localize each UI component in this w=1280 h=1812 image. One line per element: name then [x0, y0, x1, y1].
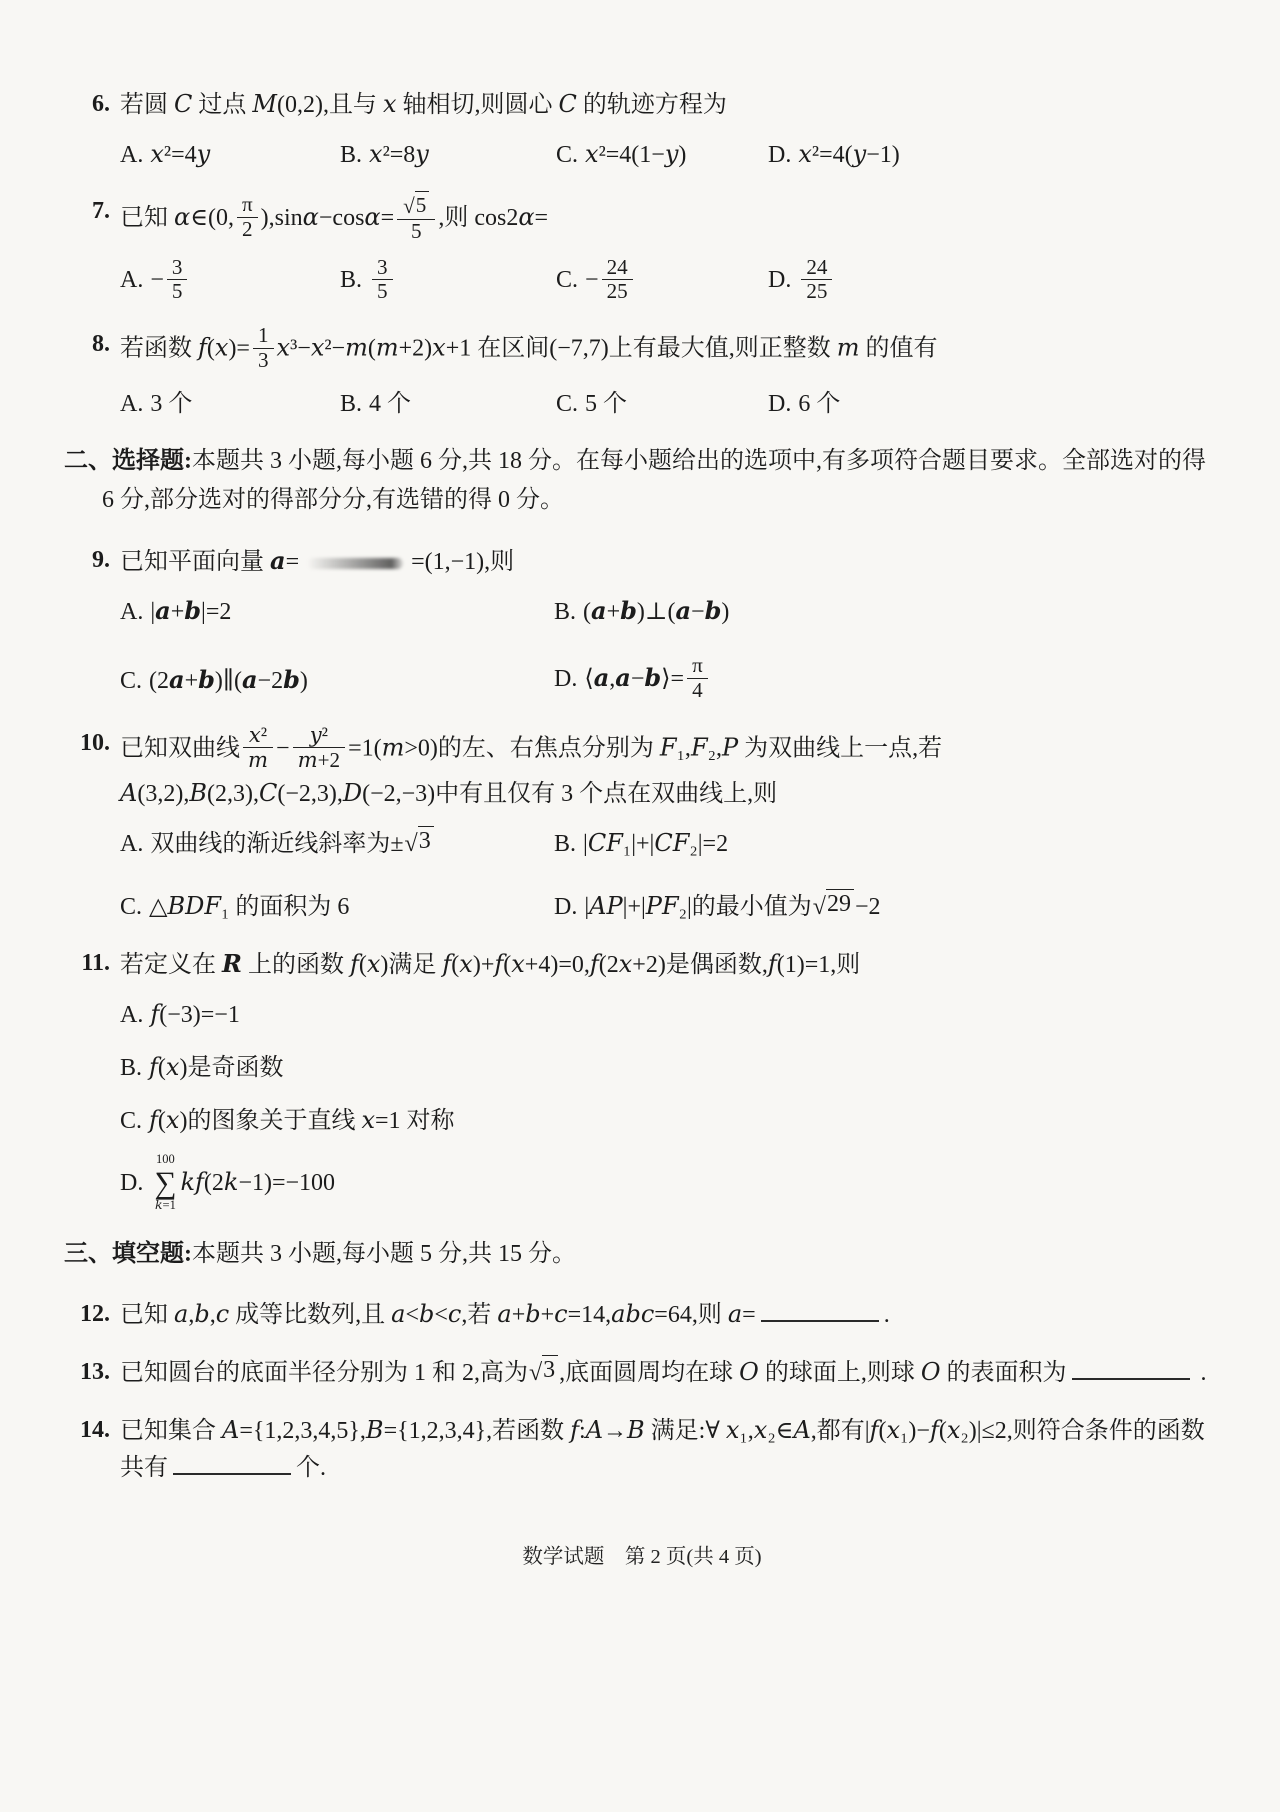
question-block: 7. 已知 α∈(0,π2),sinα−cosα=√55,则 cos2α= A.… — [64, 193, 1220, 306]
option-label: B. — [120, 1055, 142, 1081]
question-block: 13. 已知圆台的底面半径分别为 1 和 2,高为√3,底面圆周均在球 O 的球… — [64, 1354, 1220, 1392]
option-text: −35 — [150, 267, 190, 293]
option-text: −2425 — [585, 267, 636, 293]
option-text: 6 个 — [798, 391, 840, 417]
question-number: 14. — [64, 1412, 110, 1487]
option-item: C.5 个 — [556, 386, 768, 422]
option-text: (2a+b)∥(a−2b) — [149, 668, 308, 694]
option-label: D. — [554, 894, 577, 920]
fraction: π2 — [237, 193, 258, 241]
fill-in-blank — [761, 1320, 879, 1322]
page-footer: 数学试题 第 2 页(共 4 页) — [64, 1539, 1220, 1569]
option-label: B. — [340, 267, 362, 293]
option-item: B.4 个 — [340, 386, 556, 422]
section-description: 本题共 3 小题,每小题 6 分,共 18 分。在每小题给出的选项中,有多项符合… — [102, 448, 1206, 513]
question-stem: 若函数 f(x)=13x³−x²−m(m+2)x+1 在区间(−7,7)上有最大… — [120, 326, 1220, 374]
fraction: 35 — [167, 256, 188, 304]
option-label: A. — [120, 1002, 143, 1028]
option-text: 2425 — [798, 267, 835, 293]
option-item: B.35 — [340, 258, 556, 306]
radical: √29 — [813, 889, 854, 919]
option-item: A.−35 — [120, 258, 340, 306]
option-item: B.f(x)是奇函数 — [120, 1049, 1220, 1086]
option-item: C.x²=4(1−y) — [556, 136, 768, 173]
fill-in-blank — [173, 1473, 291, 1475]
radical: √5 — [403, 191, 429, 217]
option-text: f(−3)=−1 — [150, 1002, 239, 1028]
question-body: 已知双曲线x²m−y²m+2=1(m>0)的左、右焦点分别为 F₁,F₂,P 为… — [120, 725, 1220, 926]
question-number: 9. — [64, 542, 110, 705]
option-item: B.x²=8y — [340, 136, 556, 173]
option-text: (a+b)⊥(a−b) — [583, 599, 729, 625]
question-block: 14. 已知集合 A={1,2,3,4,5},B={1,2,3,4},若函数 f… — [64, 1412, 1220, 1487]
radical: √3 — [405, 826, 434, 856]
question-body: 已知集合 A={1,2,3,4,5},B={1,2,3,4},若函数 f:A→B… — [120, 1412, 1220, 1487]
question-stem: 已知双曲线x²m−y²m+2=1(m>0)的左、右焦点分别为 F₁,F₂,P 为… — [120, 725, 1220, 814]
option-label: C. — [120, 668, 142, 694]
blur-redaction — [307, 558, 403, 569]
option-text: ⟨a,a−b⟩=π4 — [584, 666, 710, 692]
option-item: A.3 个 — [120, 386, 340, 422]
option-item: B.|CF₁|+|CF₂|=2 — [554, 825, 1220, 862]
option-label: C. — [120, 894, 142, 920]
option-item: D.⟨a,a−b⟩=π4 — [554, 656, 1220, 704]
question-number: 10. — [64, 725, 110, 926]
option-label: B. — [340, 391, 362, 417]
question-stem: 若定义在 R 上的函数 f(x)满足 f(x)+f(x+4)=0,f(2x+2)… — [120, 945, 1220, 984]
option-text: 35 — [369, 267, 396, 293]
option-label: A. — [120, 142, 143, 168]
fraction: √55 — [397, 191, 435, 243]
options-row: A.x²=4yB.x²=8yC.x²=4(1−y)D.x²=4(y−1) — [120, 136, 1220, 173]
fraction: π4 — [687, 654, 708, 702]
question-number: 8. — [64, 326, 110, 422]
question-list: 6. 若圆 C 过点 M(0,2),且与 x 轴相切,则圆心 C 的轨迹方程为 … — [64, 86, 1220, 1487]
option-item: C.(2a+b)∥(a−2b) — [120, 662, 554, 699]
options-row: A.f(−3)=−1B.f(x)是奇函数C.f(x)的图象关于直线 x=1 对称… — [120, 996, 1220, 1215]
option-text: |CF₁|+|CF₂|=2 — [583, 831, 728, 857]
fraction: y²m+2 — [293, 723, 346, 773]
option-item: D.100∑k=1kf(2k−1)=−100 — [120, 1155, 1220, 1215]
section-heading: 二、选择题:本题共 3 小题,每小题 6 分,共 18 分。在每小题给出的选项中… — [64, 442, 1220, 520]
question-body: 已知圆台的底面半径分别为 1 和 2,高为√3,底面圆周均在球 O 的球面上,则… — [120, 1354, 1220, 1392]
option-text: |a+b|=2 — [150, 599, 231, 625]
question-number: 11. — [64, 945, 110, 1215]
option-label: D. — [768, 142, 791, 168]
option-text: 4 个 — [369, 391, 411, 417]
fraction: 2425 — [602, 256, 633, 304]
option-label: B. — [554, 599, 576, 625]
option-text: 双曲线的渐近线斜率为±√3 — [150, 831, 434, 857]
question-body: 若函数 f(x)=13x³−x²−m(m+2)x+1 在区间(−7,7)上有最大… — [120, 326, 1220, 422]
options-row: A.3 个B.4 个C.5 个D.6 个 — [120, 386, 1220, 422]
question-number: 6. — [64, 86, 110, 173]
question-number: 7. — [64, 193, 110, 306]
question-stem: 已知 α∈(0,π2),sinα−cosα=√55,则 cos2α= — [120, 193, 1220, 245]
question-stem: 已知平面向量 a==(1,−1),则 — [120, 542, 1220, 581]
option-label: D. — [768, 267, 791, 293]
section-heading: 三、填空题:本题共 3 小题,每小题 5 分,共 15 分。 — [64, 1235, 1220, 1274]
fraction: 13 — [253, 324, 274, 372]
question-block: 9. 已知平面向量 a==(1,−1),则 A.|a+b|=2B.(a+b)⊥(… — [64, 542, 1220, 705]
option-text: x²=4y — [150, 142, 210, 168]
option-label: D. — [554, 666, 577, 692]
option-text: 100∑k=1kf(2k−1)=−100 — [150, 1170, 335, 1196]
question-body: 已知 α∈(0,π2),sinα−cosα=√55,则 cos2α= A.−35… — [120, 193, 1220, 306]
option-label: A. — [120, 391, 143, 417]
option-item: C.f(x)的图象关于直线 x=1 对称 — [120, 1102, 1220, 1139]
question-stem: 已知圆台的底面半径分别为 1 和 2,高为√3,底面圆周均在球 O 的球面上,则… — [120, 1354, 1220, 1392]
question-block: 10. 已知双曲线x²m−y²m+2=1(m>0)的左、右焦点分别为 F₁,F₂… — [64, 725, 1220, 926]
fraction: 35 — [372, 256, 393, 304]
options-row: A.−35B.35C.−2425D.2425 — [120, 258, 1220, 306]
section-description: 本题共 3 小题,每小题 5 分,共 15 分。 — [192, 1241, 576, 1267]
option-item: C.△BDF₁ 的面积为 6 — [120, 888, 554, 925]
option-text: 5 个 — [585, 391, 627, 417]
option-item: D.2425 — [768, 258, 1220, 306]
question-number: 12. — [64, 1296, 110, 1334]
option-text: x²=8y — [369, 142, 429, 168]
section-title: 三、填空题: — [64, 1241, 192, 1267]
option-label: A. — [120, 599, 143, 625]
option-item: D.|AP|+|PF₂|的最小值为√29−2 — [554, 888, 1220, 925]
option-item: B.(a+b)⊥(a−b) — [554, 593, 1220, 630]
fraction: x²m — [243, 723, 273, 773]
radical: √3 — [529, 1355, 558, 1385]
fraction: 2425 — [801, 256, 832, 304]
question-body: 若定义在 R 上的函数 f(x)满足 f(x)+f(x+4)=0,f(2x+2)… — [120, 945, 1220, 1215]
question-stem: 若圆 C 过点 M(0,2),且与 x 轴相切,则圆心 C 的轨迹方程为 — [120, 86, 1220, 124]
option-label: A. — [120, 831, 143, 857]
option-text: x²=4(y−1) — [798, 142, 899, 168]
option-item: D.x²=4(y−1) — [768, 136, 1220, 173]
options-row: A.|a+b|=2B.(a+b)⊥(a−b)C.(2a+b)∥(a−2b)D.⟨… — [120, 593, 1220, 704]
question-stem: 已知 a,b,c 成等比数列,且 a<b<c,若 a+b+c=14,abc=64… — [120, 1296, 1220, 1334]
exam-paper-page: 6. 若圆 C 过点 M(0,2),且与 x 轴相切,则圆心 C 的轨迹方程为 … — [0, 0, 1280, 1812]
option-label: C. — [120, 1108, 142, 1134]
option-item: C.−2425 — [556, 258, 768, 306]
option-label: B. — [340, 142, 362, 168]
question-body: 已知 a,b,c 成等比数列,且 a<b<c,若 a+b+c=14,abc=64… — [120, 1296, 1220, 1334]
option-label: C. — [556, 391, 578, 417]
question-block: 8. 若函数 f(x)=13x³−x²−m(m+2)x+1 在区间(−7,7)上… — [64, 326, 1220, 422]
section-title: 二、选择题: — [64, 448, 192, 474]
question-body: 若圆 C 过点 M(0,2),且与 x 轴相切,则圆心 C 的轨迹方程为 A.x… — [120, 86, 1220, 173]
question-stem: 已知集合 A={1,2,3,4,5},B={1,2,3,4},若函数 f:A→B… — [120, 1412, 1220, 1487]
option-item: D.6 个 — [768, 386, 1220, 422]
option-text: 3 个 — [150, 391, 192, 417]
option-label: A. — [120, 267, 143, 293]
summation: 100∑k=1 — [154, 1153, 176, 1213]
option-text: x²=4(1−y) — [585, 142, 686, 168]
option-text: f(x)是奇函数 — [149, 1055, 283, 1081]
question-block: 11. 若定义在 R 上的函数 f(x)满足 f(x)+f(x+4)=0,f(2… — [64, 945, 1220, 1215]
option-label: D. — [768, 391, 791, 417]
option-label: B. — [554, 831, 576, 857]
question-block: 6. 若圆 C 过点 M(0,2),且与 x 轴相切,则圆心 C 的轨迹方程为 … — [64, 86, 1220, 173]
option-text: f(x)的图象关于直线 x=1 对称 — [149, 1108, 455, 1134]
option-item: A.f(−3)=−1 — [120, 996, 1220, 1033]
option-item: A.双曲线的渐近线斜率为±√3 — [120, 826, 554, 862]
option-item: A.x²=4y — [120, 136, 340, 173]
question-block: 12. 已知 a,b,c 成等比数列,且 a<b<c,若 a+b+c=14,ab… — [64, 1296, 1220, 1334]
question-number: 13. — [64, 1354, 110, 1392]
option-item: A.|a+b|=2 — [120, 593, 554, 630]
fill-in-blank — [1072, 1378, 1190, 1380]
option-label: C. — [556, 142, 578, 168]
options-row: A.双曲线的渐近线斜率为±√3B.|CF₁|+|CF₂|=2C.△BDF₁ 的面… — [120, 825, 1220, 925]
option-label: D. — [120, 1170, 143, 1196]
option-text: |AP|+|PF₂|的最小值为√29−2 — [584, 894, 880, 920]
question-body: 已知平面向量 a==(1,−1),则 A.|a+b|=2B.(a+b)⊥(a−b… — [120, 542, 1220, 705]
option-label: C. — [556, 267, 578, 293]
option-text: △BDF₁ 的面积为 6 — [149, 894, 349, 920]
